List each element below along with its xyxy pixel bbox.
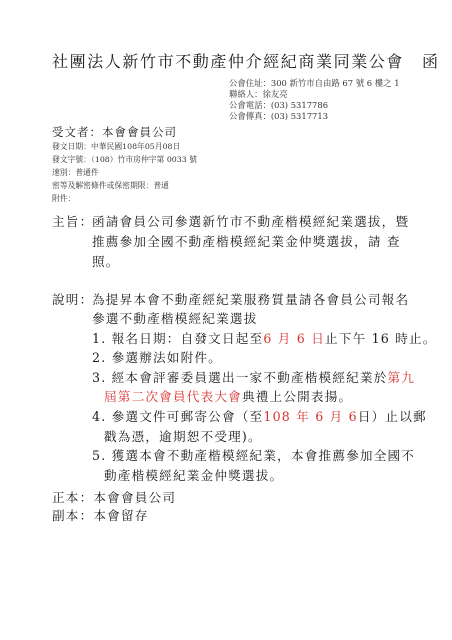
attachment: 附件：	[52, 193, 75, 204]
address: 公會住址：300 新竹市自由路 67 號 6 樓之 1	[229, 78, 400, 89]
explanation-item-4-cont: 戳為憑，逾期恕不受理)。	[104, 426, 262, 445]
explanation-item-1: 1. 報名日期：自發文日起至6 月 6 日止下午 16 時止。	[92, 328, 437, 347]
explanation-item-2: 2. 參選辦法如附件。	[92, 347, 222, 366]
subject-line-2: 推薦參加全國不動產楷模經紀業金仲獎選拔，請 查	[92, 231, 401, 250]
document-type: 函	[422, 52, 440, 71]
event-highlight: 屆第二次會員代表大會	[104, 389, 242, 404]
explanation-intro-2: 參選不動產楷模經紀業選拔	[92, 308, 258, 327]
fax: 公會傳真：(03) 5317713	[229, 111, 328, 122]
subject-label: 主旨：	[52, 211, 93, 230]
explanation-item-5-cont: 動產楷模經紀業金仲獎選拔。	[104, 465, 283, 484]
explanation-item-3: 3. 經本會評審委員選出一家不動產楷模經紀業於第九	[92, 367, 415, 386]
issue-number: 發文字號：（108）竹市房仲字第 0033 號	[52, 154, 197, 165]
recipient: 受文者：本會會員公司	[52, 124, 177, 140]
explanation-item-4: 4. 參選文件可郵寄公會（至108 年 6 月 6日）止以郵	[92, 406, 427, 425]
contact-person: 聯絡人：徐友亮	[229, 89, 288, 100]
explanation-intro-1: 為提昇本會不動產經紀業服務質量請各會員公司報名	[92, 289, 409, 308]
speed-class: 速別：普通件	[52, 167, 99, 178]
date-highlight: 108 年 6 月 6	[263, 409, 357, 424]
issue-date: 發文日期：中華民國108年05月08日	[52, 141, 180, 152]
document-header: 社團法人新竹市不動產仲介經紀商業同業公會函	[52, 49, 440, 72]
explanation-label: 說明：	[52, 289, 93, 308]
original-recipient: 正本：本會會員公司	[52, 487, 176, 506]
copy-recipient: 副本：本會留存	[52, 505, 149, 524]
security-class: 密等及解密條件或保密期限：普通	[52, 180, 169, 191]
explanation-item-3-cont: 屆第二次會員代表大會典禮上公開表揚。	[104, 386, 352, 405]
explanation-item-5: 5. 獲選本會不動產楷模經紀業，本會推薦參加全國不	[92, 445, 415, 464]
organization-name: 社團法人新竹市不動產仲介經紀商業同業公會	[52, 52, 404, 71]
deadline-highlight: 6 月 6 日	[263, 331, 325, 346]
phone: 公會電話：(03) 5317786	[229, 100, 328, 111]
subject-line-1: 函請會員公司參選新竹市不動產楷模經紀業選拔，暨	[92, 211, 409, 230]
subject-line-3: 照。	[92, 251, 120, 270]
